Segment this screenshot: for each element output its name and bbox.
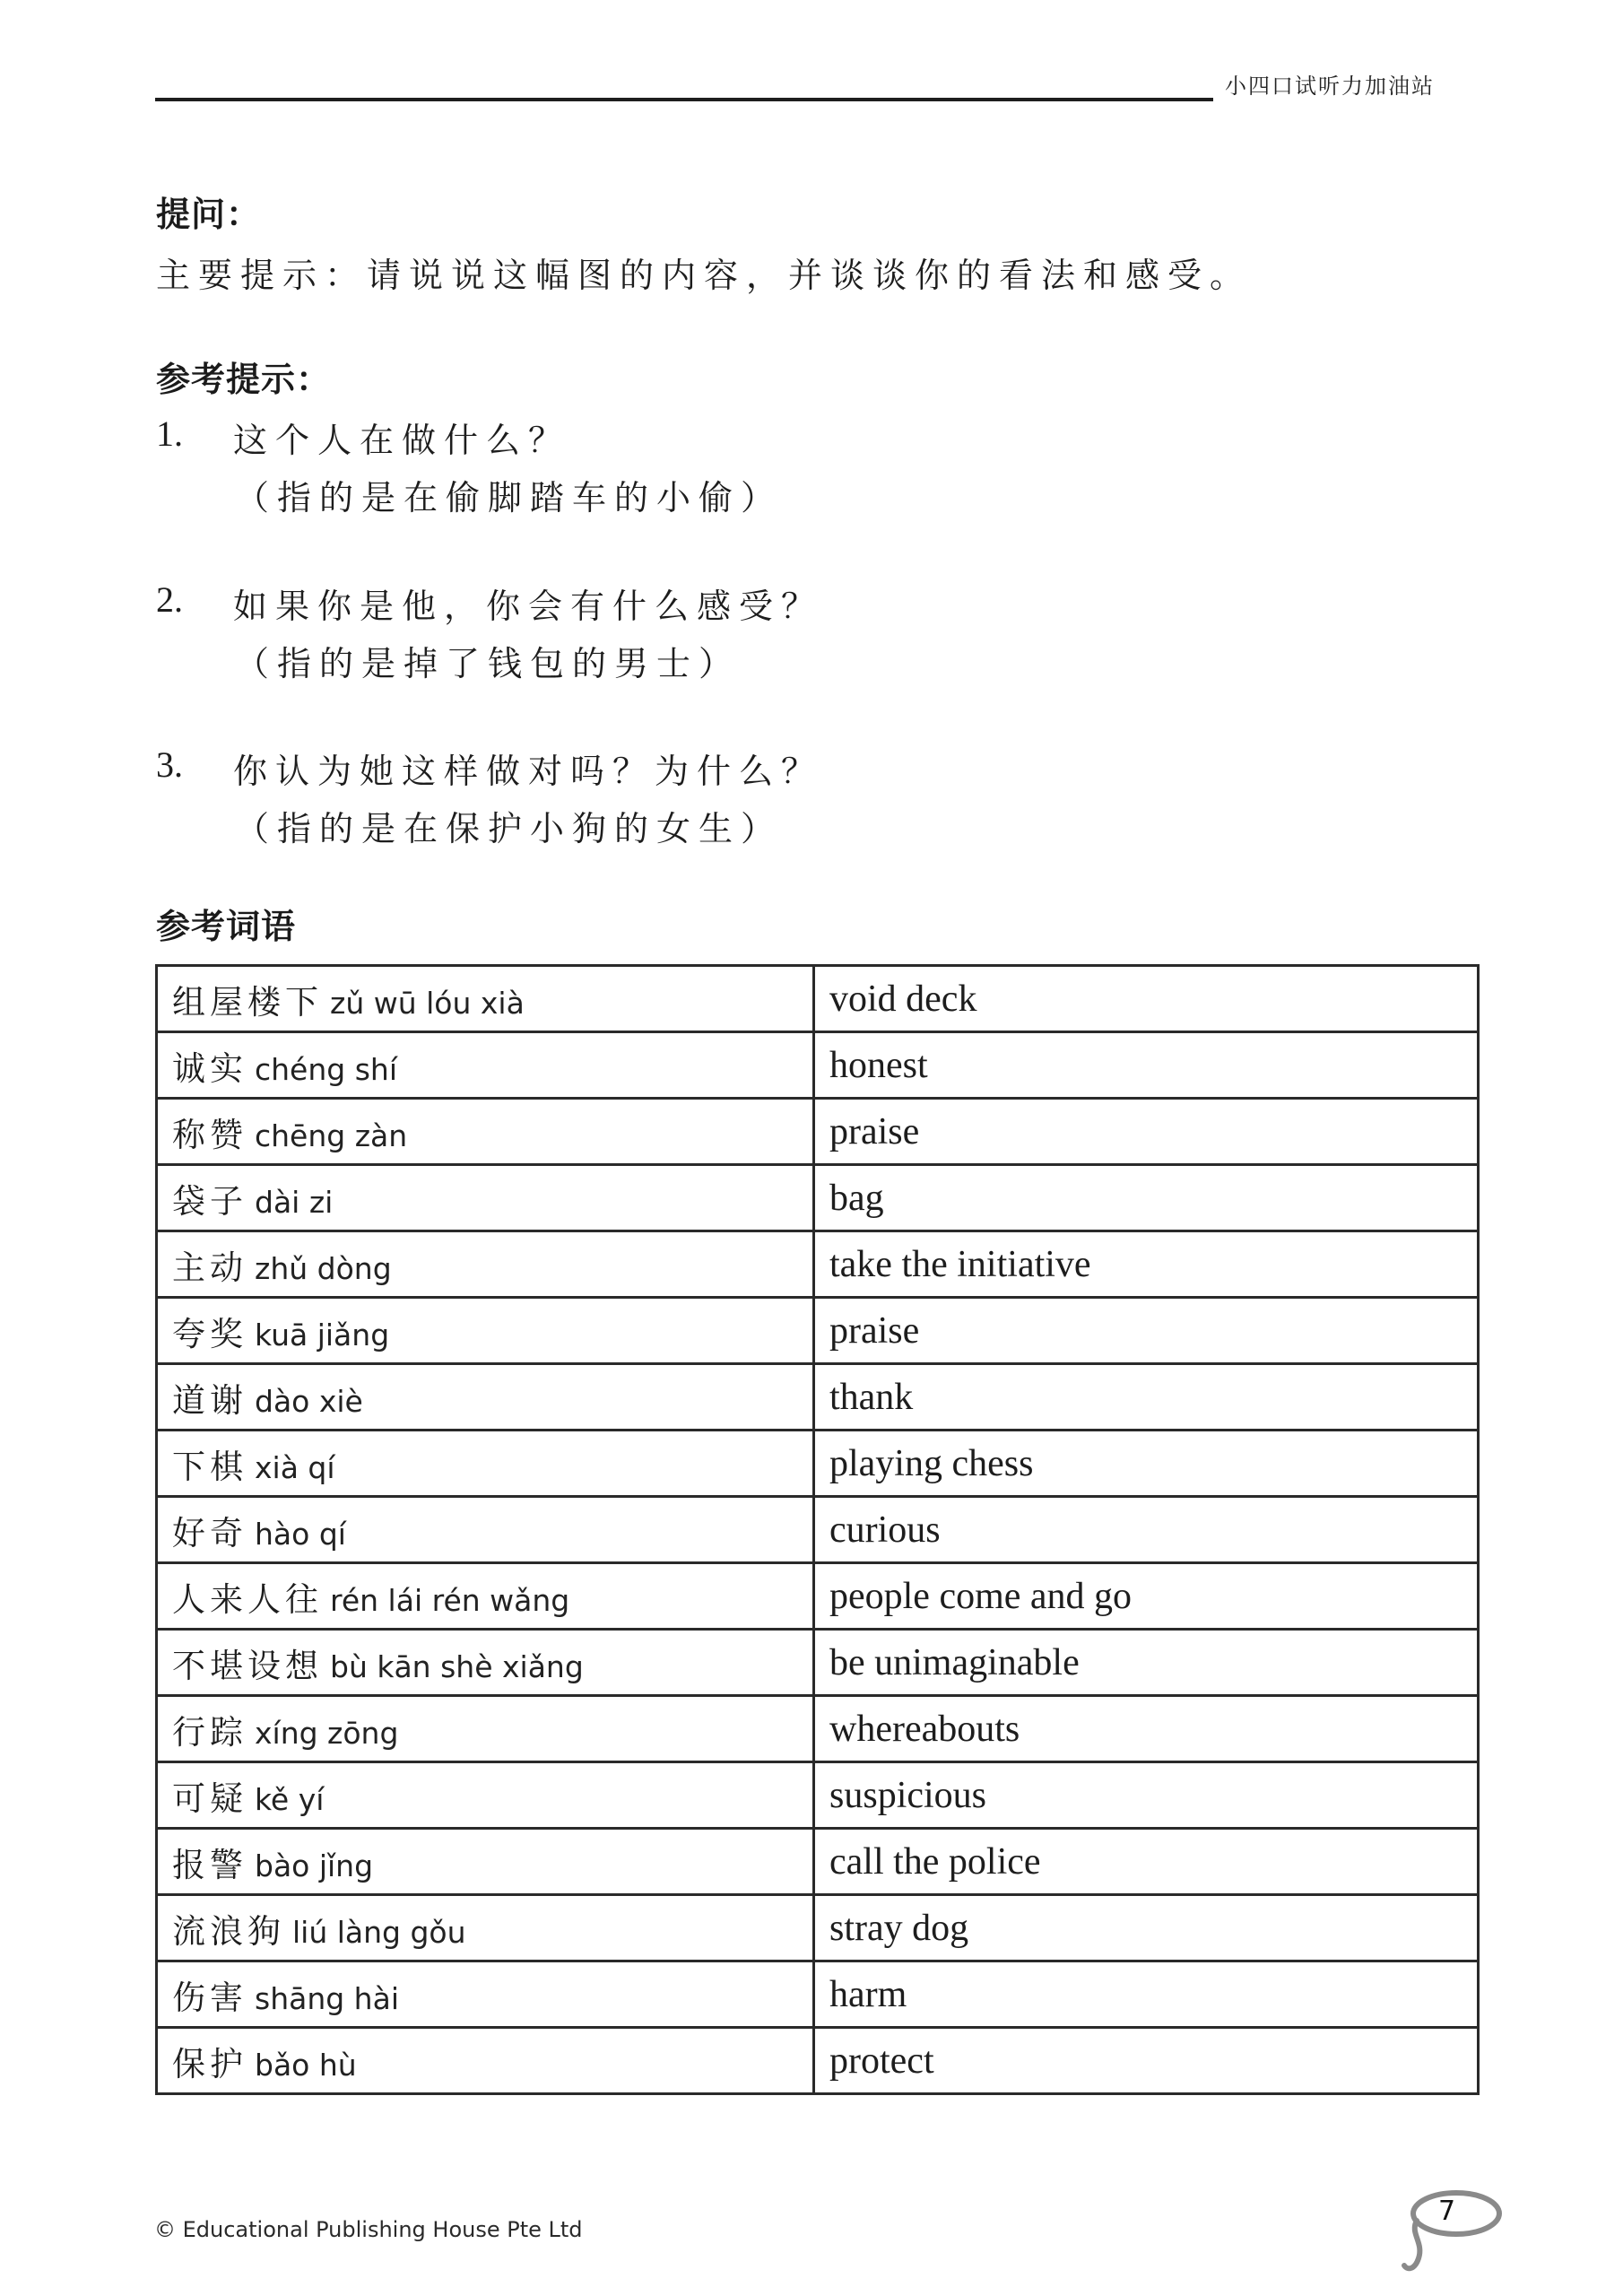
english-cell: suspicious bbox=[814, 1762, 1479, 1829]
english-meaning: curious bbox=[829, 1509, 941, 1551]
english-meaning: be unimaginable bbox=[829, 1642, 1080, 1683]
chinese-word: 报警 bbox=[172, 1846, 247, 1884]
main-prompt: 主要提示：请说说这幅图的内容，并谈谈你的看法和感受。 bbox=[156, 248, 1252, 297]
table-row: 不堪设想bù kān shè xiǎngbe unimaginable bbox=[157, 1630, 1479, 1696]
chinese-cell: 行踪xíng zōng bbox=[157, 1696, 814, 1762]
chinese-word: 流浪狗 bbox=[172, 1912, 285, 1951]
chinese-cell: 下棋xià qí bbox=[157, 1431, 814, 1497]
chinese-cell: 不堪设想bù kān shè xiǎng bbox=[157, 1630, 814, 1696]
english-meaning: call the police bbox=[829, 1841, 1041, 1883]
header-rule bbox=[155, 98, 1213, 101]
hint-question: 这个人在做什么？ bbox=[233, 413, 570, 462]
english-meaning: praise bbox=[829, 1111, 919, 1152]
pinyin: kě yí bbox=[255, 1782, 324, 1817]
pinyin: hào qí bbox=[255, 1517, 346, 1552]
pinyin: kuā jiǎng bbox=[255, 1318, 389, 1352]
chinese-cell: 诚实chéng shí bbox=[157, 1032, 814, 1099]
english-cell: bag bbox=[814, 1165, 1479, 1231]
chinese-word: 夸奖 bbox=[172, 1315, 247, 1353]
reference-hints-heading: 参考提示： bbox=[156, 352, 331, 401]
chinese-cell: 人来人往rén lái rén wǎng bbox=[157, 1563, 814, 1630]
questions-heading: 提问： bbox=[156, 187, 261, 236]
chinese-cell: 伤害shāng hài bbox=[157, 1961, 814, 2028]
chinese-cell: 主动zhǔ dòng bbox=[157, 1231, 814, 1298]
pinyin: rén lái rén wǎng bbox=[330, 1583, 569, 1618]
hint-number: 1. bbox=[156, 413, 183, 454]
english-cell: be unimaginable bbox=[814, 1630, 1479, 1696]
page-number-badge: 7 bbox=[1381, 2187, 1506, 2285]
vocabulary-table: 组屋楼下zǔ wū lóu xiàvoid deck诚实chéng shíhon… bbox=[155, 964, 1480, 2095]
english-meaning: bag bbox=[829, 1178, 884, 1219]
table-row: 组屋楼下zǔ wū lóu xiàvoid deck bbox=[157, 966, 1479, 1032]
english-meaning: people come and go bbox=[829, 1576, 1132, 1617]
copyright-notice: © Educational Publishing House Pte Ltd bbox=[154, 2217, 583, 2242]
table-row: 好奇hào qícurious bbox=[157, 1497, 1479, 1563]
chinese-cell: 组屋楼下zǔ wū lóu xià bbox=[157, 966, 814, 1032]
table-row: 人来人往rén lái rén wǎngpeople come and go bbox=[157, 1563, 1479, 1630]
english-cell: take the initiative bbox=[814, 1231, 1479, 1298]
chinese-word: 称赞 bbox=[172, 1116, 247, 1154]
table-row: 诚实chéng shíhonest bbox=[157, 1032, 1479, 1099]
page-number: 7 bbox=[1438, 2196, 1455, 2227]
hint-question: 如果你是他，你会有什么感受？ bbox=[233, 578, 823, 628]
pinyin: chēng zàn bbox=[255, 1118, 407, 1153]
chinese-word: 下棋 bbox=[172, 1448, 247, 1486]
hint-note: （指的是掉了钱包的男士） bbox=[235, 636, 741, 685]
english-cell: praise bbox=[814, 1298, 1479, 1364]
hint-number: 2. bbox=[156, 579, 183, 620]
english-cell: praise bbox=[814, 1099, 1479, 1165]
table-row: 称赞chēng zànpraise bbox=[157, 1099, 1479, 1165]
chinese-word: 道谢 bbox=[172, 1381, 247, 1420]
pinyin: bù kān shè xiǎng bbox=[330, 1649, 584, 1684]
book-title: 小四口试听力加油站 bbox=[1225, 68, 1435, 100]
chinese-cell: 好奇hào qí bbox=[157, 1497, 814, 1563]
chinese-word: 保护 bbox=[172, 2045, 247, 2083]
pinyin: bào jǐng bbox=[255, 1848, 373, 1883]
hint-note: （指的是在偷脚踏车的小偷） bbox=[235, 470, 783, 519]
table-row: 主动zhǔ dòngtake the initiative bbox=[157, 1231, 1479, 1298]
pinyin: dào xiè bbox=[255, 1384, 363, 1419]
english-cell: curious bbox=[814, 1497, 1479, 1563]
english-cell: call the police bbox=[814, 1829, 1479, 1895]
chinese-cell: 道谢dào xiè bbox=[157, 1364, 814, 1431]
table-row: 道谢dào xièthank bbox=[157, 1364, 1479, 1431]
english-meaning: playing chess bbox=[829, 1443, 1033, 1484]
chinese-cell: 称赞chēng zàn bbox=[157, 1099, 814, 1165]
english-meaning: stray dog bbox=[829, 1908, 968, 1949]
english-cell: harm bbox=[814, 1961, 1479, 2028]
chinese-word: 袋子 bbox=[172, 1182, 247, 1221]
pinyin: liú làng gǒu bbox=[292, 1915, 466, 1950]
english-meaning: whereabouts bbox=[829, 1709, 1020, 1750]
table-row: 下棋xià qíplaying chess bbox=[157, 1431, 1479, 1497]
table-row: 可疑kě yísuspicious bbox=[157, 1762, 1479, 1829]
chinese-word: 不堪设想 bbox=[172, 1647, 323, 1685]
hint-question: 你认为她这样做对吗？为什么？ bbox=[233, 744, 823, 793]
english-cell: whereabouts bbox=[814, 1696, 1479, 1762]
pinyin: chéng shí bbox=[255, 1052, 397, 1087]
table-row: 报警bào jǐngcall the police bbox=[157, 1829, 1479, 1895]
english-meaning: thank bbox=[829, 1377, 913, 1418]
chinese-word: 诚实 bbox=[172, 1049, 247, 1088]
pinyin: xià qí bbox=[255, 1450, 335, 1485]
hint-item-2: 2. bbox=[156, 578, 183, 621]
english-meaning: void deck bbox=[829, 978, 976, 1020]
chinese-cell: 报警bào jǐng bbox=[157, 1829, 814, 1895]
table-row: 袋子dài zibag bbox=[157, 1165, 1479, 1231]
chinese-word: 行踪 bbox=[172, 1713, 247, 1752]
chinese-cell: 夸奖kuā jiǎng bbox=[157, 1298, 814, 1364]
pinyin: xíng zōng bbox=[255, 1716, 398, 1751]
chinese-word: 主动 bbox=[172, 1248, 247, 1287]
pinyin: zǔ wū lóu xià bbox=[330, 986, 525, 1021]
chinese-word: 伤害 bbox=[172, 1979, 247, 2017]
english-meaning: praise bbox=[829, 1310, 919, 1352]
table-row: 流浪狗liú làng gǒustray dog bbox=[157, 1895, 1479, 1961]
english-meaning: harm bbox=[829, 1974, 907, 2015]
table-row: 伤害shāng hàiharm bbox=[157, 1961, 1479, 2028]
chinese-cell: 流浪狗liú làng gǒu bbox=[157, 1895, 814, 1961]
english-meaning: take the initiative bbox=[829, 1244, 1091, 1285]
chinese-cell: 保护bǎo hù bbox=[157, 2028, 814, 2094]
pinyin: zhǔ dòng bbox=[255, 1251, 392, 1286]
table-row: 夸奖kuā jiǎngpraise bbox=[157, 1298, 1479, 1364]
chinese-cell: 袋子dài zi bbox=[157, 1165, 814, 1231]
vocabulary-heading: 参考词语 bbox=[156, 899, 296, 948]
pinyin: shāng hài bbox=[255, 1981, 399, 2016]
pinyin: bǎo hù bbox=[255, 2048, 357, 2083]
english-cell: people come and go bbox=[814, 1563, 1479, 1630]
table-row: 行踪xíng zōngwhereabouts bbox=[157, 1696, 1479, 1762]
english-cell: stray dog bbox=[814, 1895, 1479, 1961]
english-meaning: suspicious bbox=[829, 1775, 986, 1816]
hint-item-3: 3. bbox=[156, 744, 183, 786]
chinese-word: 组屋楼下 bbox=[172, 983, 323, 1022]
english-cell: void deck bbox=[814, 966, 1479, 1032]
chinese-word: 可疑 bbox=[172, 1779, 247, 1818]
english-meaning: protect bbox=[829, 2040, 934, 2082]
pinyin: dài zi bbox=[255, 1185, 333, 1220]
chinese-word: 好奇 bbox=[172, 1514, 247, 1552]
english-cell: playing chess bbox=[814, 1431, 1479, 1497]
hint-number: 3. bbox=[156, 744, 183, 785]
hint-item-1: 1. bbox=[156, 413, 183, 455]
chinese-word: 人来人往 bbox=[172, 1580, 323, 1619]
english-cell: protect bbox=[814, 2028, 1479, 2094]
english-meaning: honest bbox=[829, 1045, 928, 1086]
english-cell: honest bbox=[814, 1032, 1479, 1099]
table-row: 保护bǎo hùprotect bbox=[157, 2028, 1479, 2094]
english-cell: thank bbox=[814, 1364, 1479, 1431]
hint-note: （指的是在保护小狗的女生） bbox=[235, 801, 783, 850]
chinese-cell: 可疑kě yí bbox=[157, 1762, 814, 1829]
